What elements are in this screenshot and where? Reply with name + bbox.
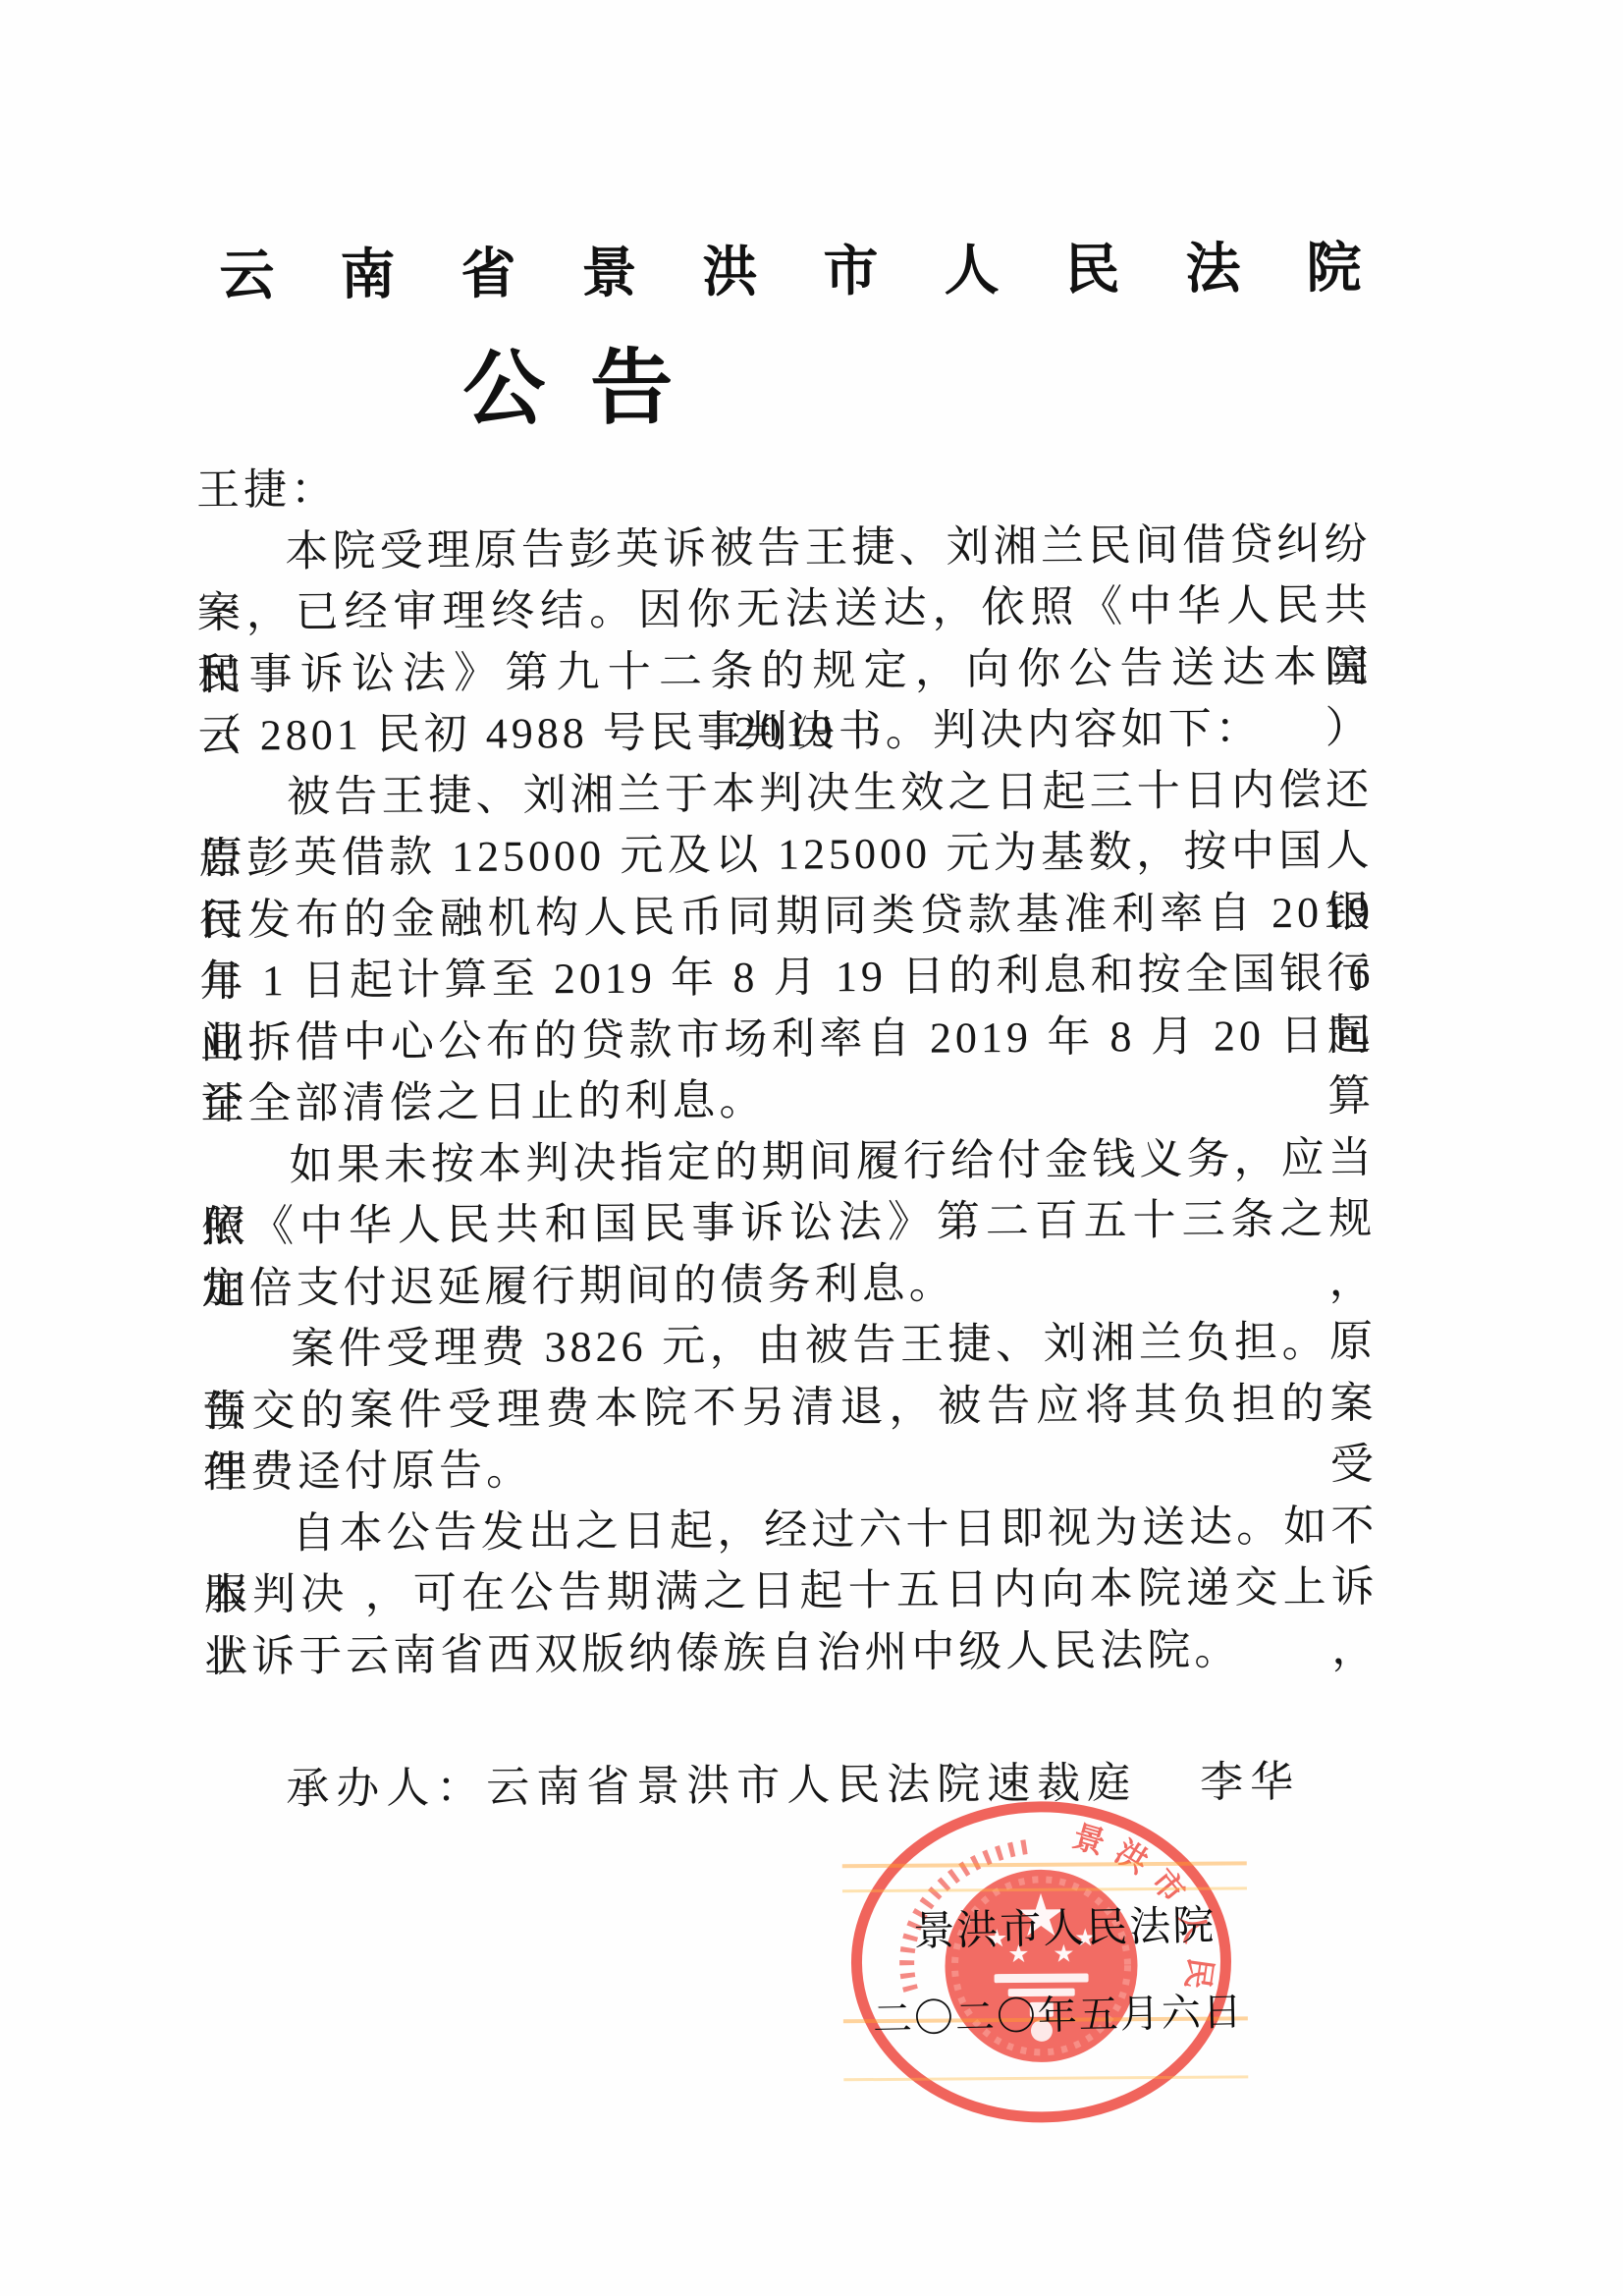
seal-court-name: 景洪市人民法院 — [913, 1892, 1218, 1957]
body-line: 上诉于云南省西双版纳傣族自治州中级人民法院。 — [204, 1618, 1379, 1688]
body-line: 如果未按本判决指定的期间履行给付金钱义务，应当依 — [201, 1127, 1376, 1197]
body-line: 月 1 日起计算至 2019 年 8 月 19 日的利息和按全国银行间同 — [199, 943, 1374, 1012]
body-line: 行发布的金融机构人民币同期同类贷款基准利率自 2019 年 6 — [199, 882, 1374, 952]
body-line: 被告王捷、刘湘兰于本判决生效之日起三十日内偿还原 — [198, 759, 1373, 829]
body-line: 民事诉讼法》第九十二条的规定，向你公告送达本院（2019） — [197, 636, 1372, 706]
body-text: 王捷：本院受理原告彭英诉被告王捷、刘湘兰民间借贷纠纷一案，已经审理终结。因你无法… — [196, 452, 1380, 1687]
body-line: 自本公告发出之日起，经过六十日即视为送达。如不服 — [203, 1496, 1378, 1565]
seal-graphic: 景洪市人民法院 — [839, 1795, 1243, 2137]
page-content: 云南省景洪市人民法院 公告 王捷：本院受理原告彭英诉被告王捷、刘湘兰民间借贷纠纷… — [0, 0, 1623, 2296]
page-title: 云南省景洪市人民法院 — [219, 224, 1428, 311]
body-line: 王捷： — [196, 452, 1371, 521]
body-line: 照《中华人民共和国民事诉讼法》第二百五十三条之规定， — [201, 1188, 1376, 1258]
body-line: 本院受理原告彭英诉被告王捷、刘湘兰民间借贷纠纷一 — [196, 514, 1371, 583]
official-seal: 景洪市人民法院 — [839, 1795, 1243, 2137]
body-line: 本判决 ，可在公告期满之日起十五日内向本院递交上诉状， — [204, 1557, 1379, 1626]
body-line: 告彭英借款 125000 元及以 125000 元为基数，按中国人民银 — [198, 820, 1373, 890]
body-line: 预交的案件受理费本院不另清退，被告应将其负担的案件受 — [202, 1373, 1377, 1443]
body-line: 云 2801 民初 4988 号民事判决书。判决内容如下： — [198, 697, 1373, 767]
body-line: 业拆借中心公布的贷款市场利率自 2019 年 8 月 20 日起计算 — [200, 1005, 1375, 1074]
scanned-court-notice: { "document": { "court_title": "云南省景洪市人民… — [0, 0, 1623, 2296]
body-line: 案，已经审理终结。因你无法送达，依照《中华人民共和国 — [197, 574, 1372, 644]
notice-heading: 公告 — [462, 321, 719, 442]
seal-date: 二〇二〇年五月六日 — [872, 1981, 1256, 2045]
body-line: 案件受理费 3826 元，由被告王捷、刘湘兰负担。原告 — [202, 1311, 1377, 1381]
